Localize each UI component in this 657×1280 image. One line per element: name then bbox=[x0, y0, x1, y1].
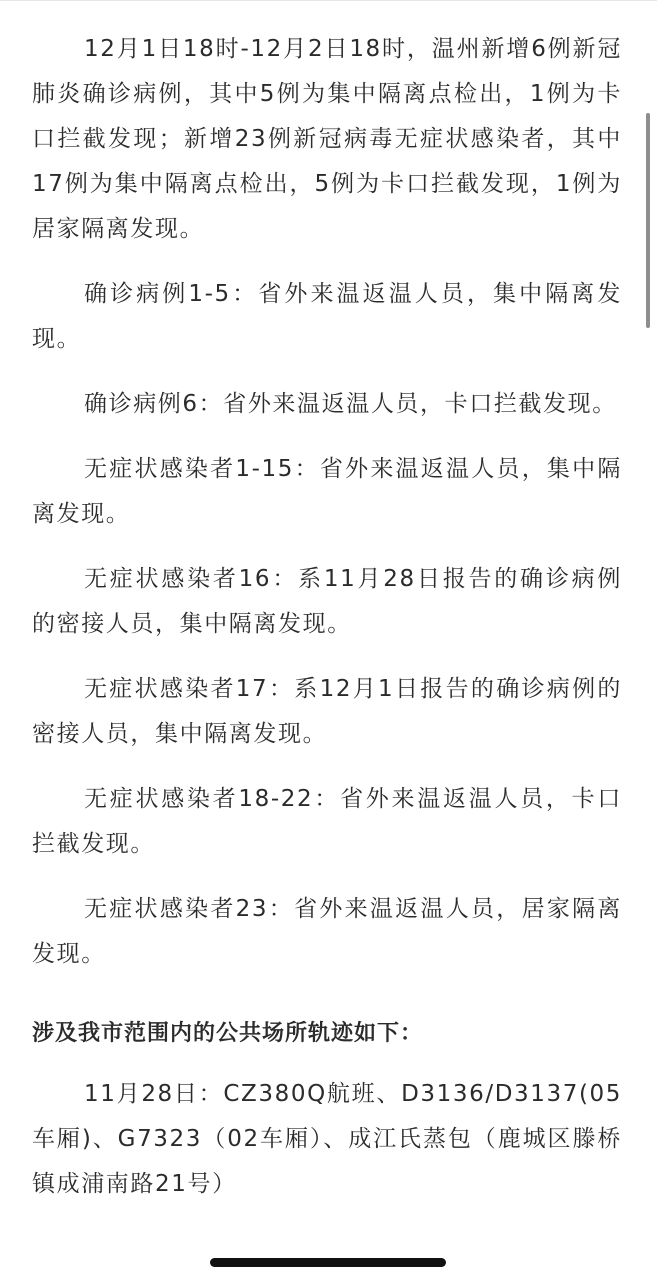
case-paragraph-asymptomatic-16: 无症状感染者16：系11月28日报告的确诊病例的密接人员，集中隔离发现。 bbox=[32, 557, 622, 647]
summary-paragraph: 12月1日18时-12月2日18时，温州新增6例新冠肺炎确诊病例，其中5例为集中… bbox=[32, 27, 622, 252]
top-divider bbox=[0, 0, 657, 1]
home-indicator[interactable] bbox=[210, 1258, 446, 1267]
scrollbar[interactable] bbox=[646, 113, 650, 328]
case-paragraph-confirmed-6: 确诊病例6：省外来温返温人员，卡口拦截发现。 bbox=[32, 382, 622, 427]
case-paragraph-asymptomatic-17: 无症状感染者17：系12月1日报告的确诊病例的密接人员，集中隔离发现。 bbox=[32, 667, 622, 757]
trajectory-paragraph: 11月28日：CZ380Q航班、D3136/D3137(05车厢)、G7323（… bbox=[32, 1072, 622, 1207]
case-paragraph-confirmed-1-5: 确诊病例1-5：省外来温返温人员，集中隔离发现。 bbox=[32, 272, 622, 362]
case-paragraph-asymptomatic-23: 无症状感染者23：省外来温返温人员，居家隔离发现。 bbox=[32, 887, 622, 977]
case-paragraph-asymptomatic-18-22: 无症状感染者18-22：省外来温返温人员，卡口拦截发现。 bbox=[32, 777, 622, 867]
case-paragraph-asymptomatic-1-15: 无症状感染者1-15：省外来温返温人员，集中隔离发现。 bbox=[32, 447, 622, 537]
trajectory-heading: 涉及我市范围内的公共场所轨迹如下： bbox=[32, 1011, 622, 1056]
article-body: 12月1日18时-12月2日18时，温州新增6例新冠肺炎确诊病例，其中5例为集中… bbox=[32, 27, 622, 1227]
